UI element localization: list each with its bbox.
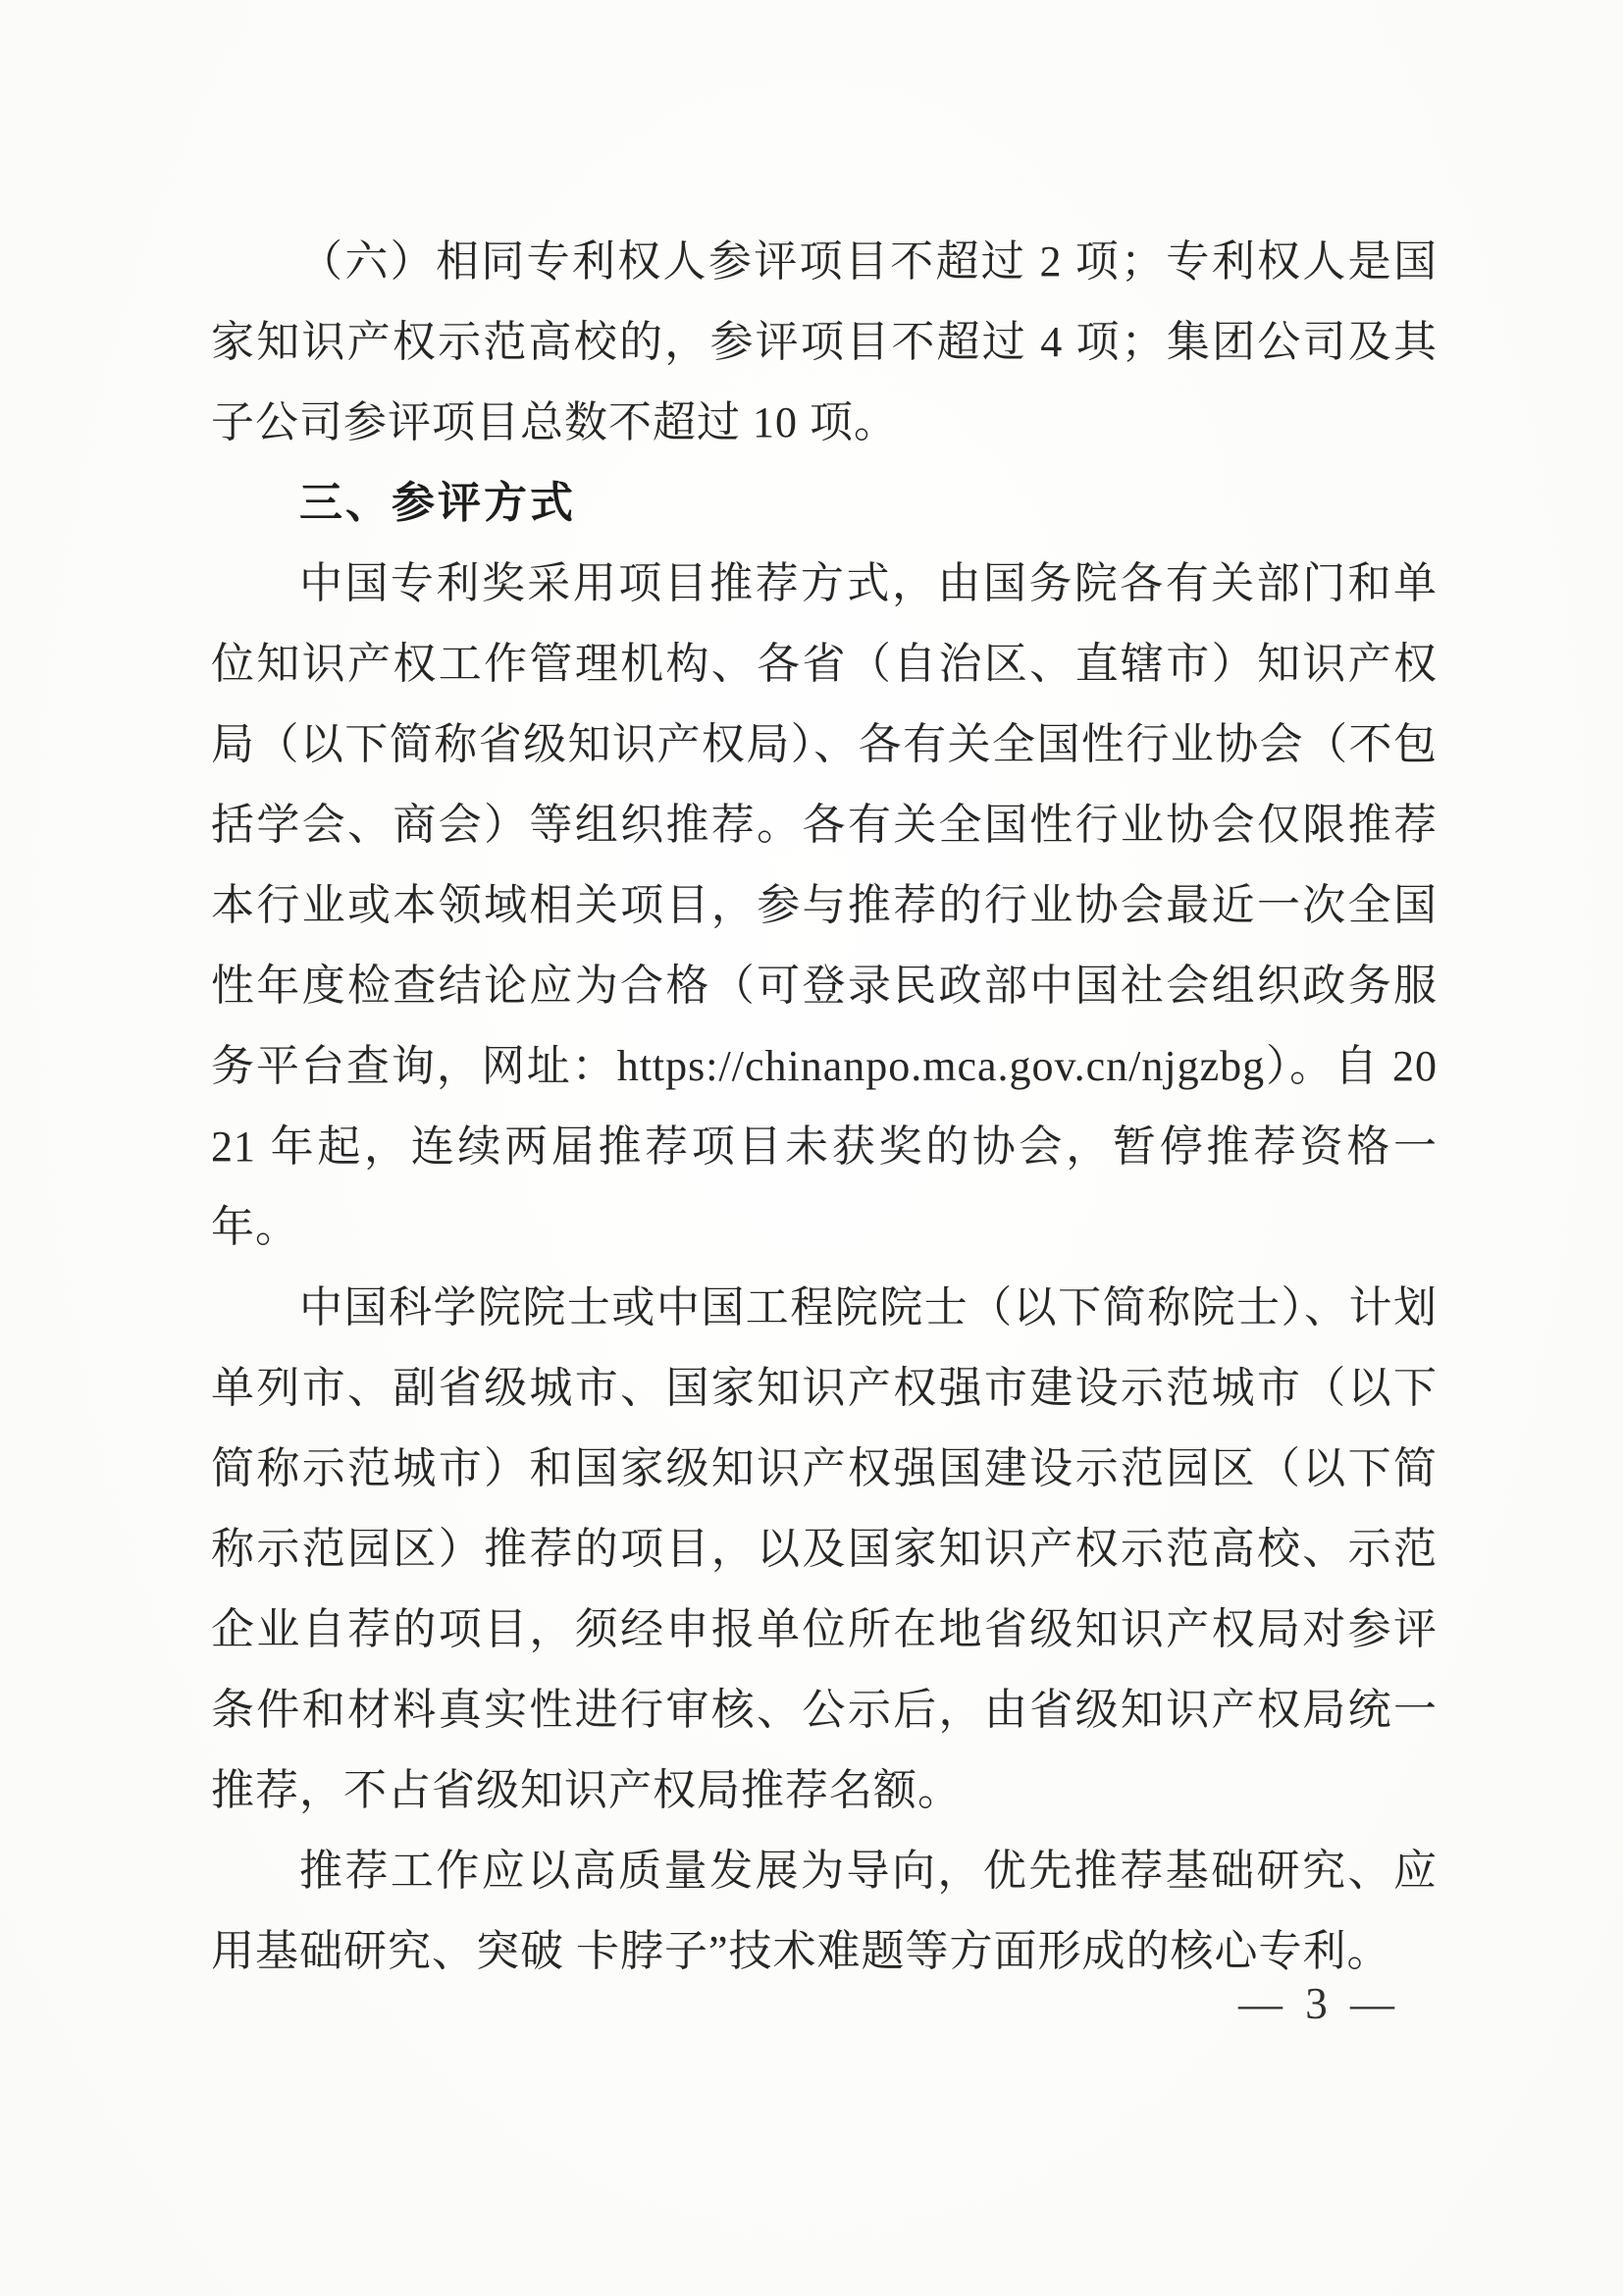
page-number: — 3 — [0,1978,1400,2029]
section-heading-participation-method: 三、参评方式 [211,463,1438,544]
paragraph-recommendation-method: 中国专利奖采用项目推荐方式，由国务院各有关部门和单位知识产权工作管理机构、各省（… [211,544,1438,1268]
paragraph-item-six-limit: （六）相同专利权人参评项目不超过 2 项；专利权人是国家知识产权示范高校的，参评… [211,222,1438,463]
scanned-document-page: （六）相同专利权人参评项目不超过 2 项；专利权人是国家知识产权示范高校的，参评… [0,0,1623,2296]
paragraph-academician-recommendation: 中国科学院院士或中国工程院院士（以下简称院士）、计划单列市、副省级城市、国家知识… [211,1268,1438,1831]
paragraph-quality-orientation: 推荐工作应以高质量发展为导向，优先推荐基础研究、应用基础研究、突破 卡脖子”技术… [211,1831,1438,1992]
document-body: （六）相同专利权人参评项目不超过 2 项；专利权人是国家知识产权示范高校的，参评… [211,222,1438,1992]
